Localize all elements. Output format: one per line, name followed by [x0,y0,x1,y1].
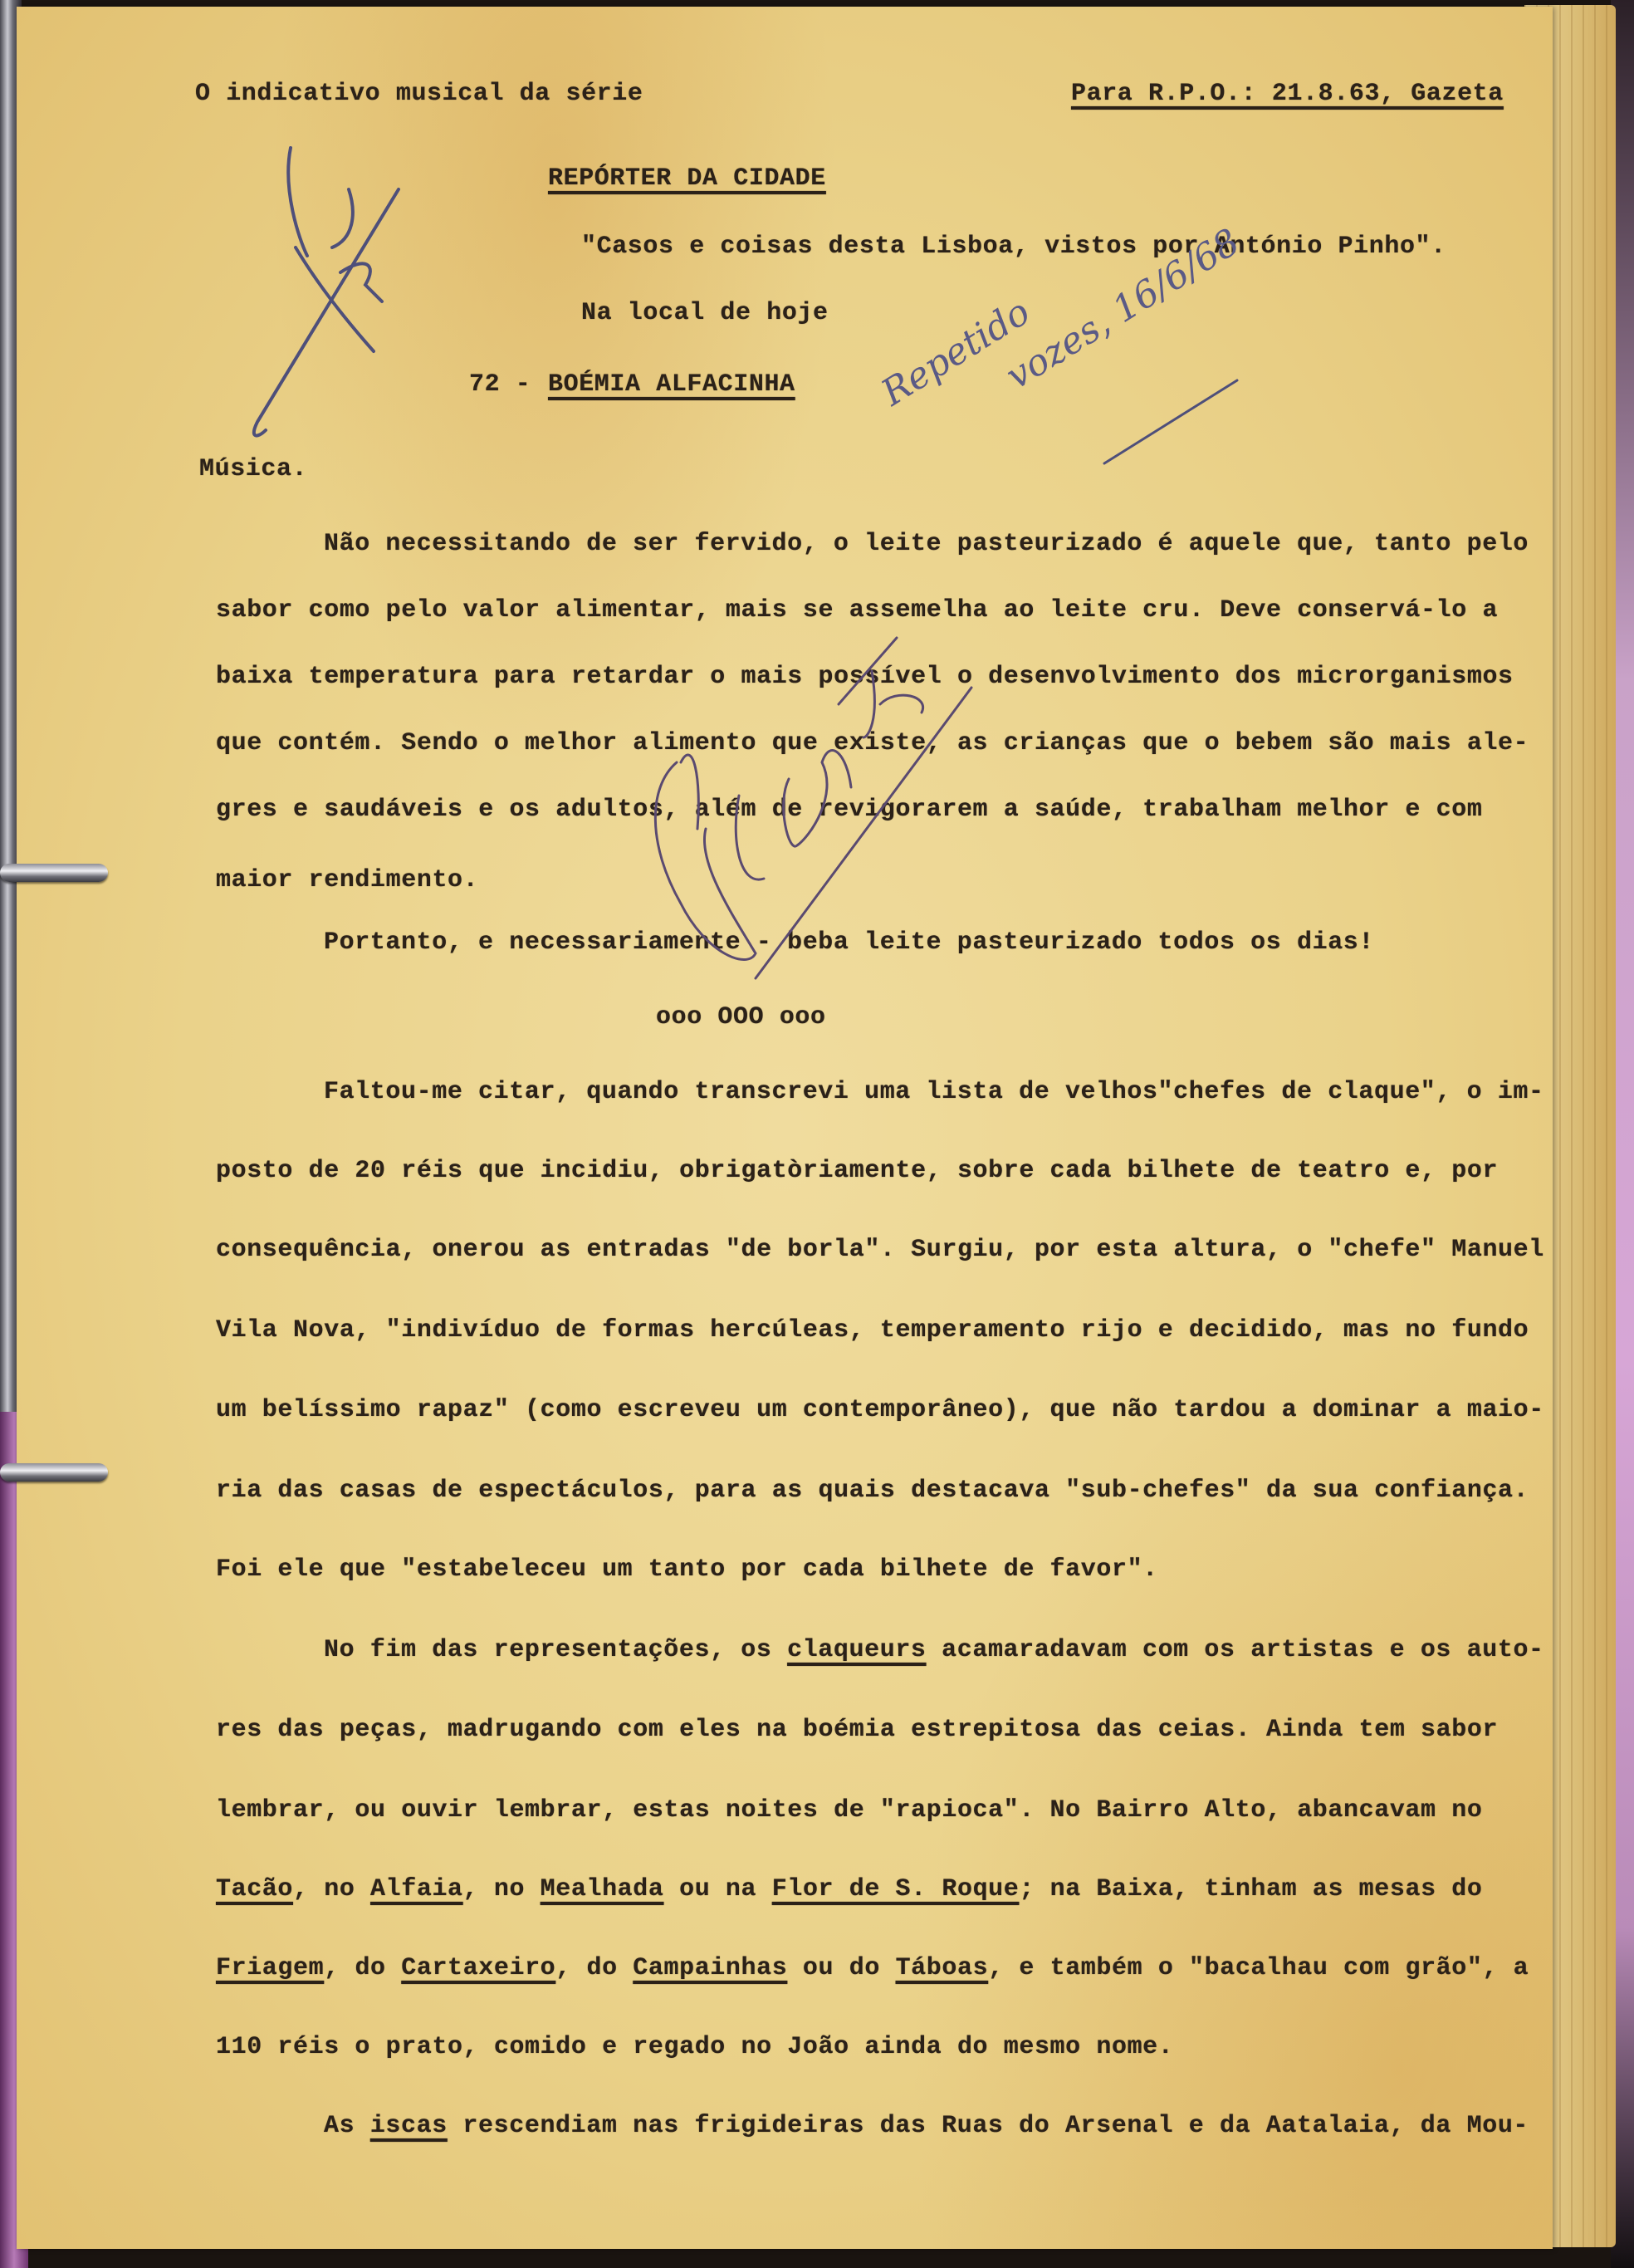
text-segment: ou na [664,1875,772,1903]
body-line: sabor como pelo valor alimentar, mais se… [216,596,1498,625]
body-line: um belíssimo rapaz" (como escreveu um co… [216,1396,1544,1424]
binder-ring-upper [0,864,108,882]
body-line: As iscas rescendiam nas frigideiras das … [324,2112,1529,2140]
text-segment: , no [293,1875,370,1903]
body-line: No fim das representações, os claqueurs … [324,1636,1544,1664]
episode-number: 72 - [469,370,531,399]
signature-top-left-icon [232,140,432,455]
text-segment: ; na Baixa, tinham as mesas do [1019,1875,1482,1903]
text-segment: No fim das representações, os [324,1636,787,1664]
body-line: res das peças, madrugando com eles na bo… [216,1716,1498,1744]
underlined-place: Flor de S. Roque [772,1875,1020,1903]
header-right-note: Para R.P.O.: 21.8.63, Gazeta [1071,80,1504,108]
underlined-place: Campainhas [633,1954,787,1982]
underlined-place: Mealhada [541,1875,664,1903]
episode-title: BOÉMIA ALFACINHA [548,370,795,399]
underlined-term: iscas [370,2112,448,2140]
body-line: Foi ele que "estabeleceu um tanto por ca… [216,1555,1158,1584]
body-line: Vila Nova, "indivíduo de formas hercúlea… [216,1316,1529,1345]
text-segment: rescendiam nas frigideiras das Ruas do A… [448,2112,1529,2140]
body-line: Faltou-me citar, quando transcrevi uma l… [324,1078,1544,1106]
text-segment: ou do [787,1954,895,1982]
header-left-note: O indicativo musical da série [195,80,643,108]
underlined-place: Tacão [216,1875,293,1903]
underlined-term: claqueurs [787,1636,926,1664]
text-segment: , do [324,1954,401,1982]
body-line: ria das casas de espectáculos, para as q… [216,1477,1529,1505]
body-line: Tacão, no Alfaia, no Mealhada ou na Flor… [216,1875,1482,1903]
underlined-place: Táboas [896,1954,989,1982]
text-segment: , e também o "bacalhau com grão", a [988,1954,1529,1982]
text-segment: As [324,2112,370,2140]
text-segment: acamaradavam com os artistas e os auto- [927,1636,1544,1664]
binder-ring-lower [0,1463,108,1482]
text-segment: , no [463,1875,541,1903]
program-subtitle: "Casos e coisas desta Lisboa, vistos por… [581,233,1446,261]
underlined-place: Cartaxeiro [401,1954,555,1982]
body-line: maior rendimento. [216,866,478,894]
local-line: Na local de hoje [581,299,829,327]
body-line: 110 réis o prato, comido e regado no Joã… [216,2033,1173,2061]
text-segment: , do [555,1954,633,1982]
body-line: consequência, onerou as entradas "de bor… [216,1236,1544,1264]
body-line: Friagem, do Cartaxeiro, do Campainhas ou… [216,1954,1529,1982]
underlined-place: Friagem [216,1954,324,1982]
repeat-underline-icon [1096,372,1245,472]
body-line: posto de 20 réis que incidiu, obrigatòri… [216,1157,1498,1185]
section-separator: ooo OOO ooo [656,1003,826,1031]
body-line: lembrar, ou ouvir lembrar, estas noites … [216,1796,1482,1825]
program-title: REPÓRTER DA CIDADE [548,164,826,193]
underlined-place: Alfaia [370,1875,463,1903]
signature-center-icon [631,638,980,987]
body-line: Não necessitando de ser fervido, o leite… [324,530,1529,558]
music-cue: Música. [199,455,307,483]
typewritten-page: O indicativo musical da série Para R.P.O… [17,7,1553,2249]
